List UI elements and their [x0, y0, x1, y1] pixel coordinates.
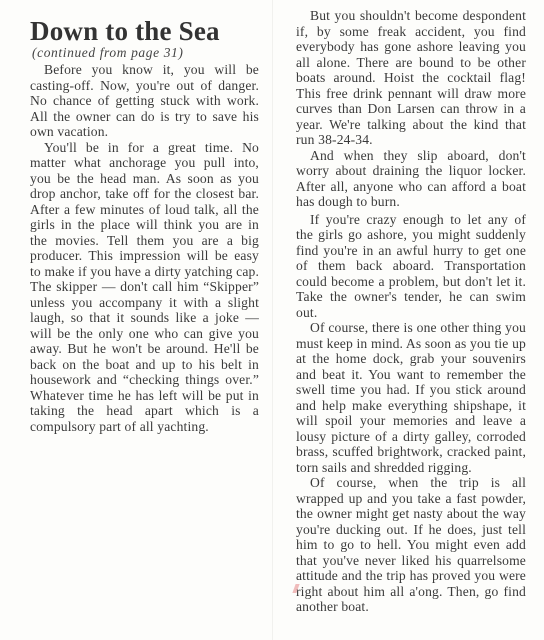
paragraph: If you're crazy enough to let any of the…: [296, 212, 526, 321]
article-title: Down to the Sea: [30, 17, 259, 45]
column-divider: [272, 0, 273, 640]
right-column: But you shouldn't become despond­ent if,…: [296, 8, 526, 615]
paragraph: Of course, when the trip is all wrapped …: [296, 475, 526, 615]
paragraph: Before you know it, you will be casting-…: [30, 62, 259, 140]
paragraph: Of course, there is one other thing you …: [296, 320, 526, 475]
magazine-page: Down to the Sea (continued from page 31)…: [0, 0, 544, 640]
paragraph: You'll be in for a great time. No matter…: [30, 140, 259, 435]
left-column: Down to the Sea (continued from page 31)…: [30, 0, 259, 434]
continued-note: (continued from page 31): [32, 45, 259, 61]
paragraph: But you shouldn't become despond­ent if,…: [296, 8, 526, 148]
paragraph: And when they slip aboard, don't worry a…: [296, 148, 526, 210]
